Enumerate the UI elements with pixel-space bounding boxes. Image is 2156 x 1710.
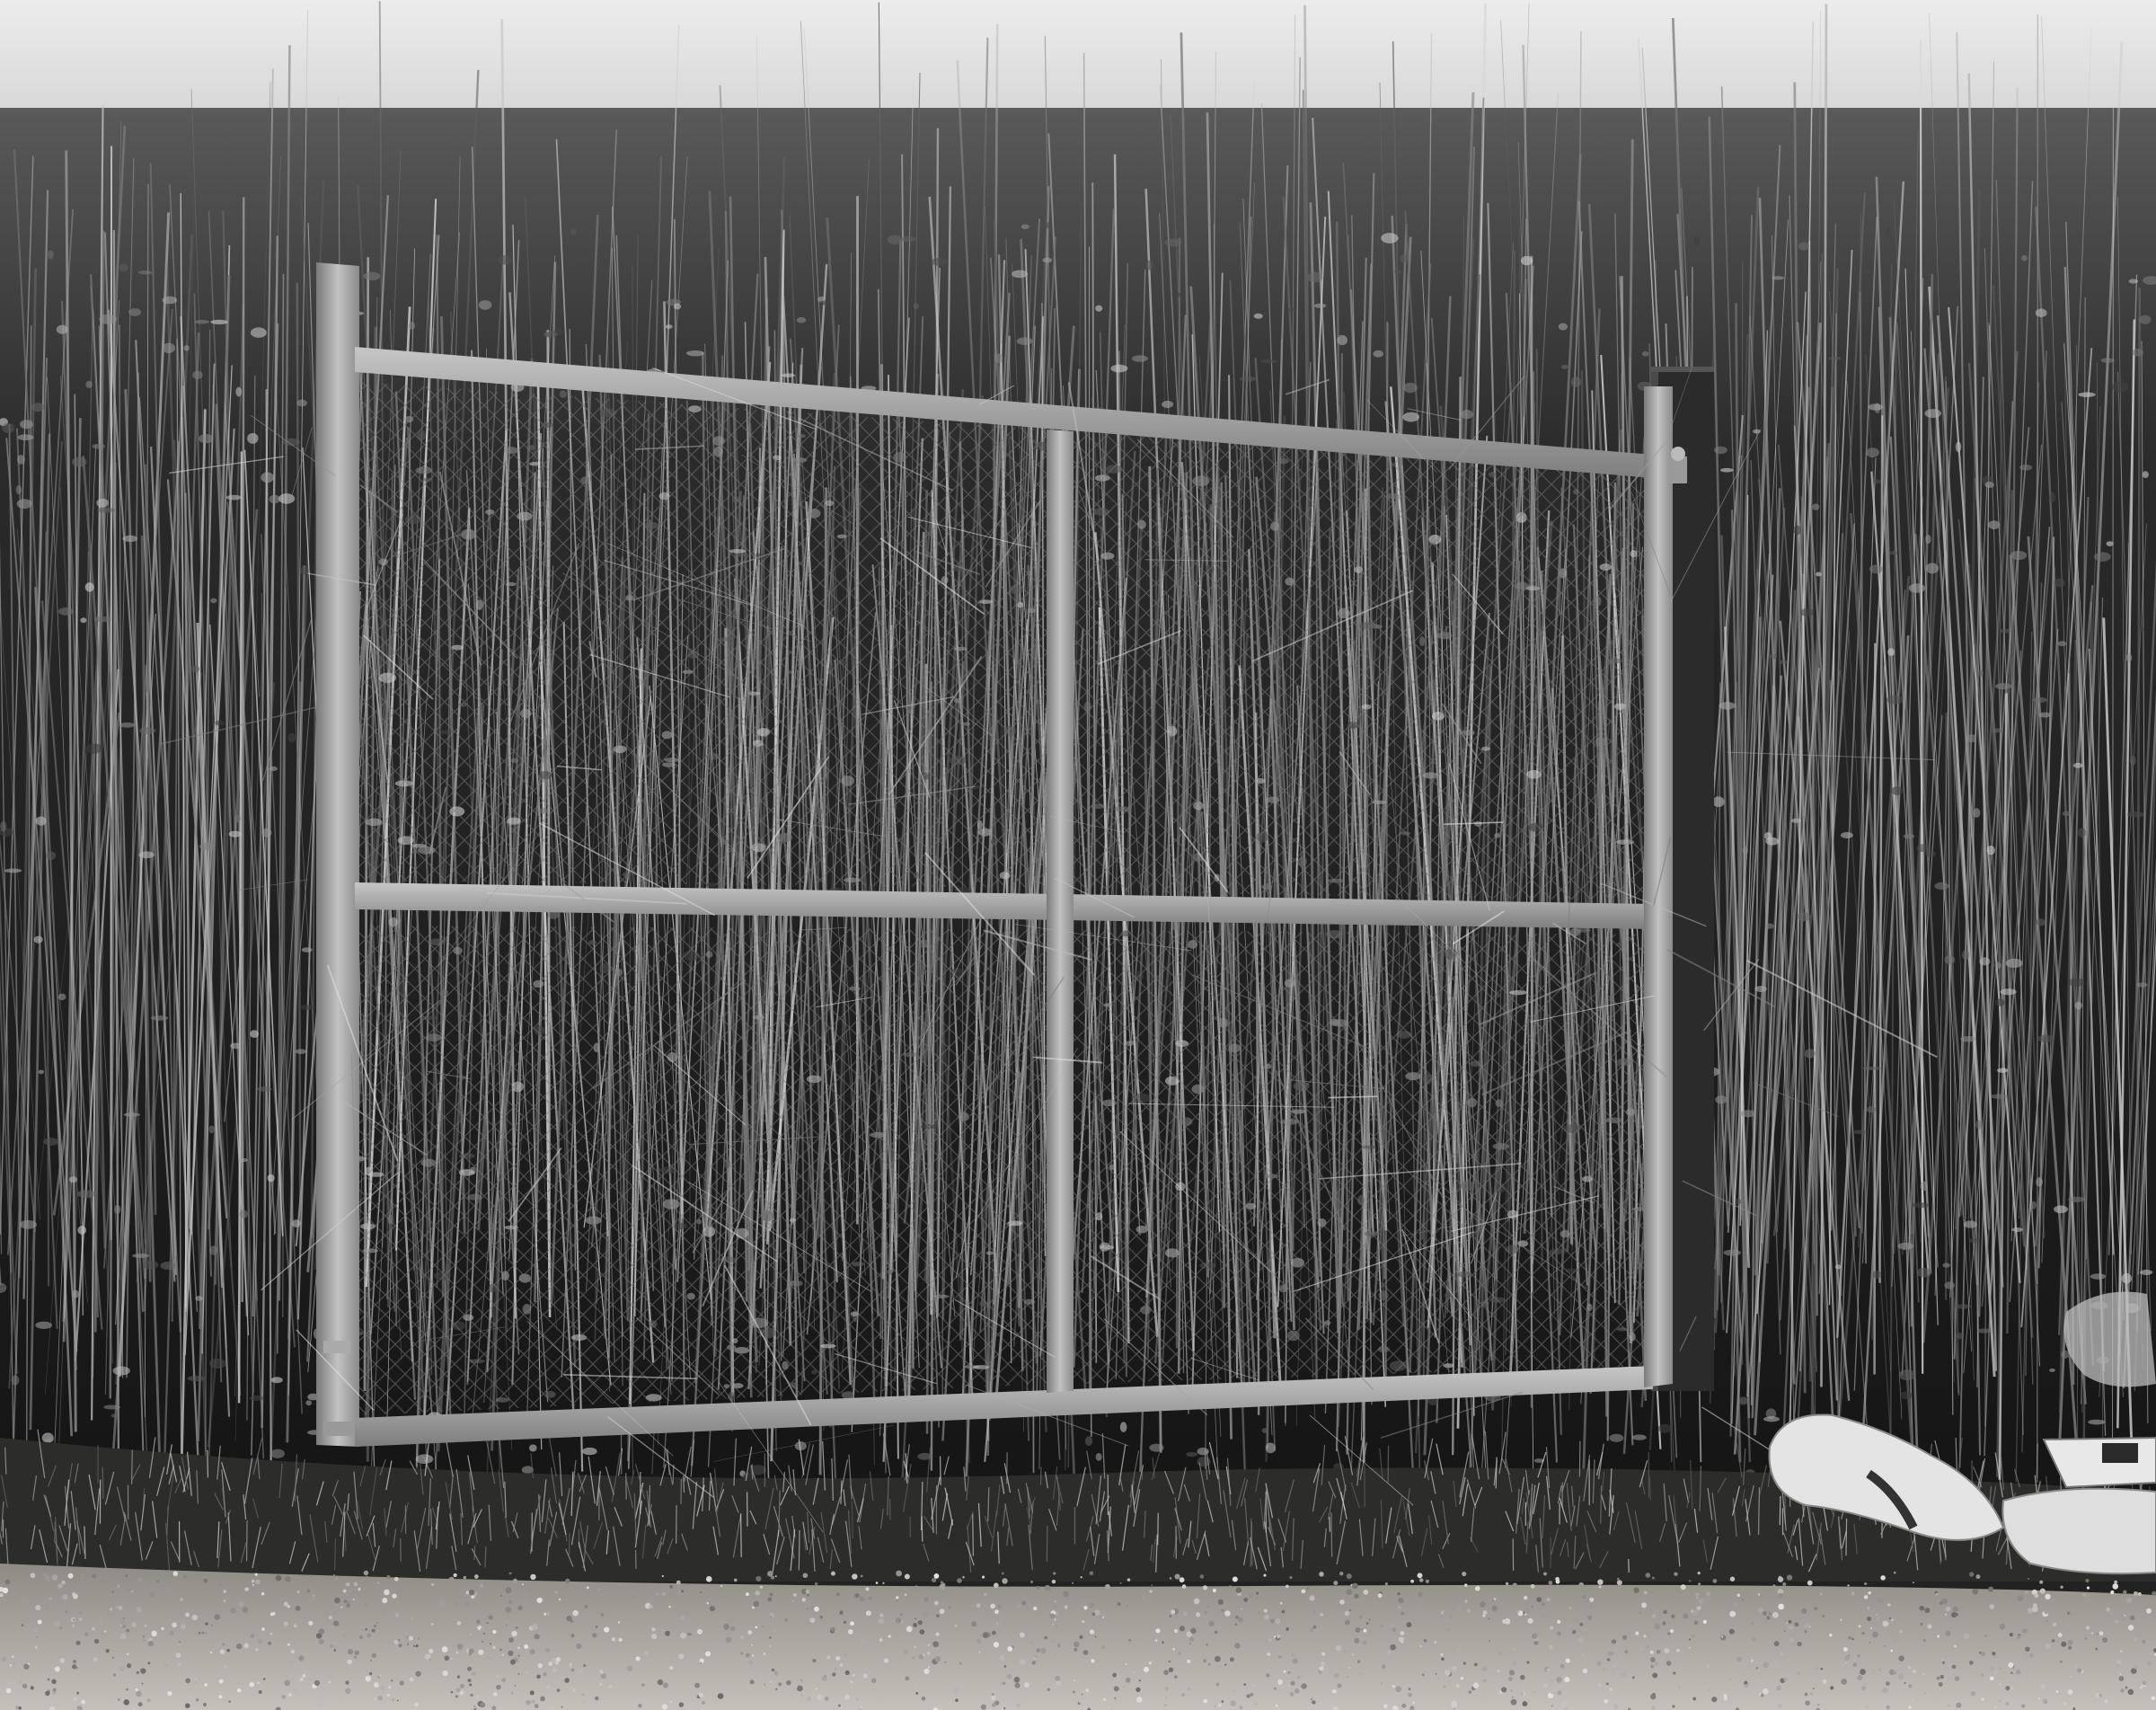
gravel-road	[0, 1564, 2156, 1710]
gate-left-stile	[316, 262, 359, 1447]
gate-centre-upright	[1047, 430, 1074, 1393]
gate-mesh-bottom-right	[1074, 930, 1644, 1384]
photo-scene	[0, 0, 2156, 1710]
gate-mesh-bottom-left	[359, 926, 1047, 1415]
hinge	[1669, 447, 1687, 483]
gate-mesh-top-right	[1074, 431, 1644, 900]
gate-latch	[323, 1341, 350, 1353]
gate-mesh-top-left	[359, 382, 1047, 888]
bag-right	[2002, 1489, 2156, 1574]
gate-photograph	[0, 0, 2156, 1710]
